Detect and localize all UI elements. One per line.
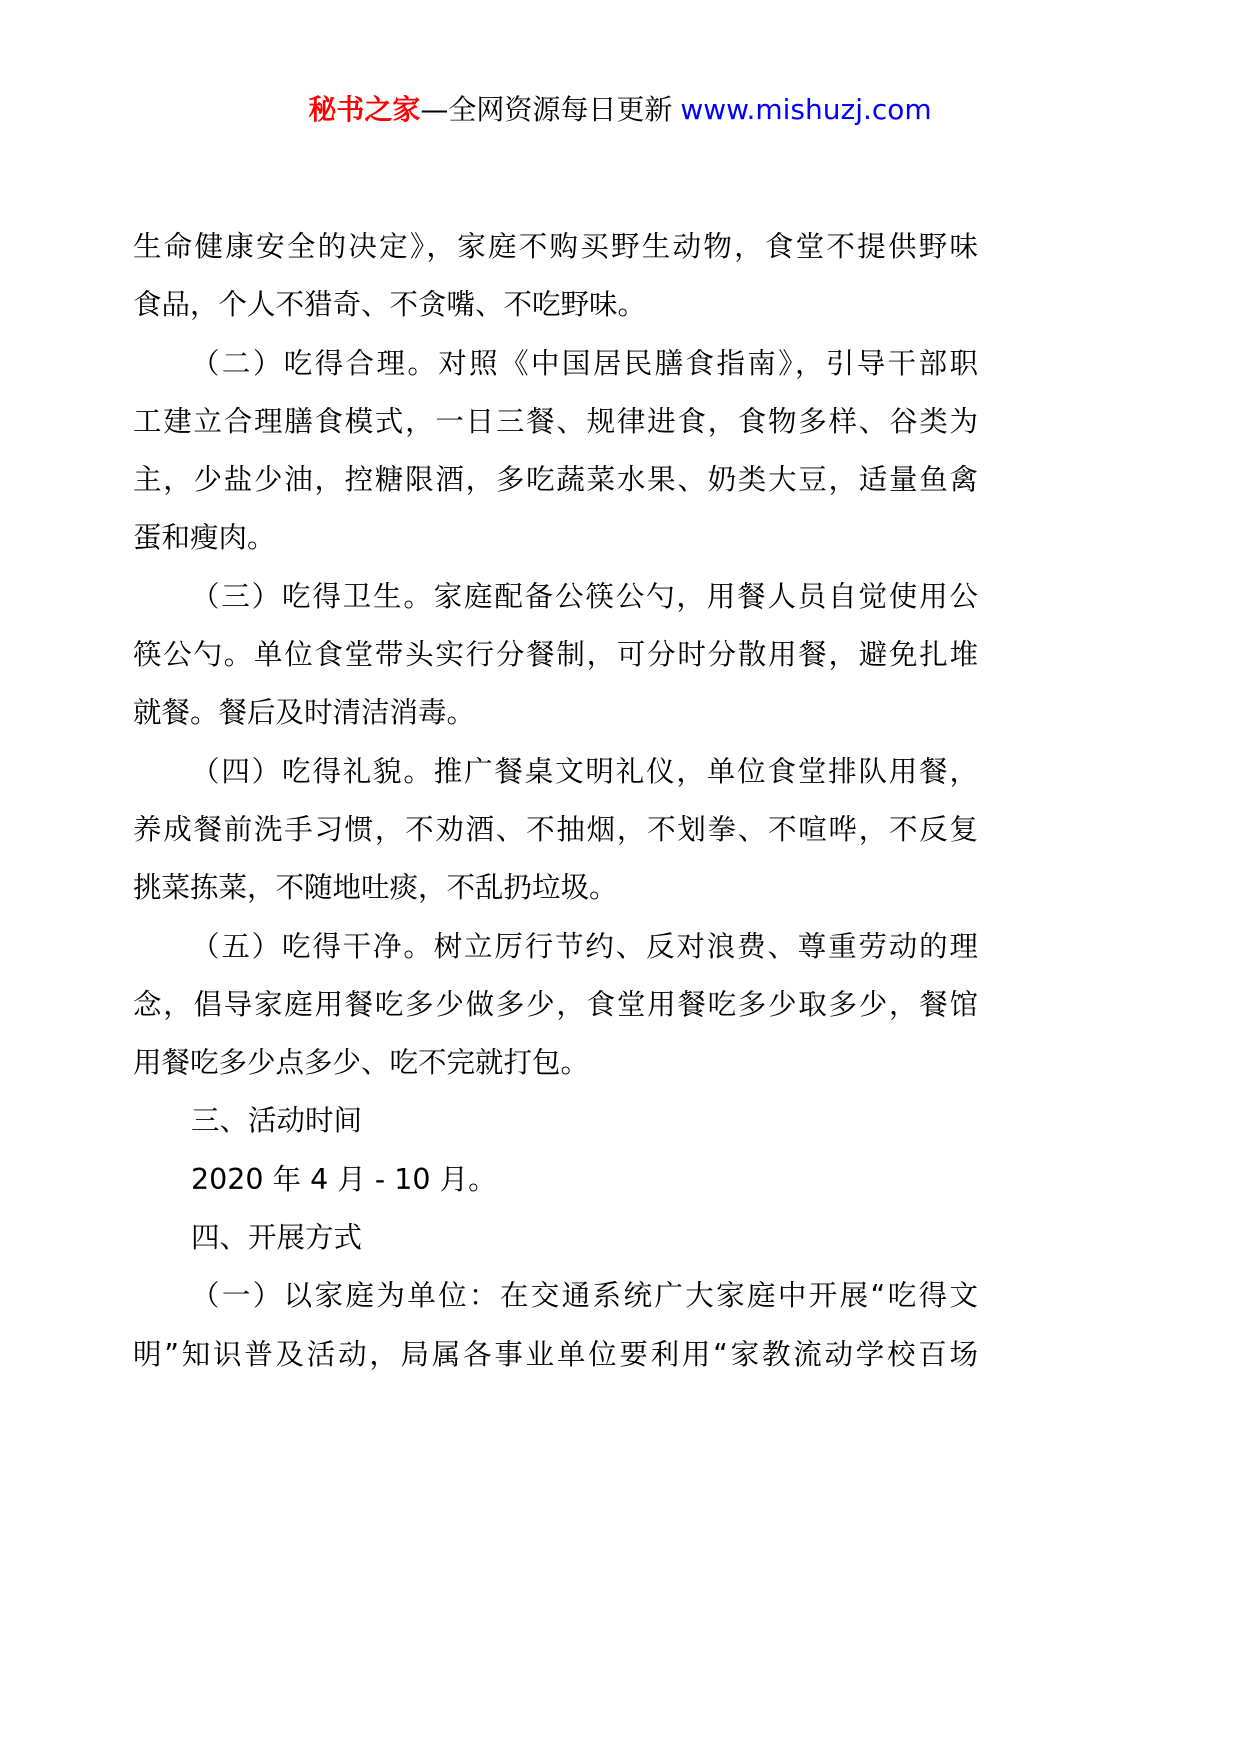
- paragraph-line: （四）吃得礼貌。推广餐桌文明礼仪，单位食堂排队用餐，: [133, 743, 978, 801]
- header-tagline: —全网资源每日更新: [420, 93, 672, 126]
- paragraph-line: （一）以家庭为单位：在交通系统广大家庭中开展“吃得文: [133, 1267, 978, 1325]
- document-page: 秘书之家—全网资源每日更新www.mishuzj.com 生命健康安全的决定》，…: [0, 0, 1240, 1754]
- section-heading: 四、开展方式: [133, 1209, 978, 1267]
- document-body: 生命健康安全的决定》，家庭不购买野生动物，食堂不提供野味 食品，个人不猎奇、不贪…: [133, 218, 978, 1384]
- paragraph-line: 筷公勺。单位食堂带头实行分餐制，可分时分散用餐，避免扎堆: [133, 626, 978, 684]
- paragraph-line: 工建立合理膳食模式，一日三餐、规律进食，食物多样、谷类为: [133, 393, 978, 451]
- header-url-link[interactable]: www.mishuzj.com: [680, 93, 931, 126]
- paragraph-line: （二）吃得合理。对照《中国居民膳食指南》，引导干部职: [133, 335, 978, 393]
- paragraph-line: 主，少盐少油，控糖限酒，多吃蔬菜水果、奶类大豆，适量鱼禽: [133, 451, 978, 509]
- paragraph-line: 养成餐前洗手习惯，不劝酒、不抽烟，不划拳、不喧哗，不反复: [133, 801, 978, 859]
- page-header: 秘书之家—全网资源每日更新www.mishuzj.com: [0, 88, 1240, 132]
- paragraph-line: 蛋和瘦肉。: [133, 509, 978, 567]
- paragraph-line: 就餐。餐后及时清洁消毒。: [133, 684, 978, 742]
- paragraph-line: 挑菜拣菜，不随地吐痰，不乱扔垃圾。: [133, 859, 978, 917]
- paragraph-line: 食品，个人不猎奇、不贪嘴、不吃野味。: [133, 276, 978, 334]
- paragraph-line: 念，倡导家庭用餐吃多少做多少，食堂用餐吃多少取多少，餐馆: [133, 976, 978, 1034]
- header-brand: 秘书之家: [308, 93, 420, 126]
- paragraph-line: （五）吃得干净。树立厉行节约、反对浪费、尊重劳动的理: [133, 918, 978, 976]
- paragraph-line: （三）吃得卫生。家庭配备公筷公勺，用餐人员自觉使用公: [133, 568, 978, 626]
- section-heading: 三、活动时间: [133, 1092, 978, 1150]
- paragraph-line: 生命健康安全的决定》，家庭不购买野生动物，食堂不提供野味: [133, 218, 978, 276]
- paragraph-line: 用餐吃多少点多少、吃不完就打包。: [133, 1034, 978, 1092]
- paragraph-line: 2020 年 4 月 - 10 月。: [133, 1151, 978, 1209]
- paragraph-line: 明”知识普及活动，局属各事业单位要利用“家教流动学校百场: [133, 1326, 978, 1384]
